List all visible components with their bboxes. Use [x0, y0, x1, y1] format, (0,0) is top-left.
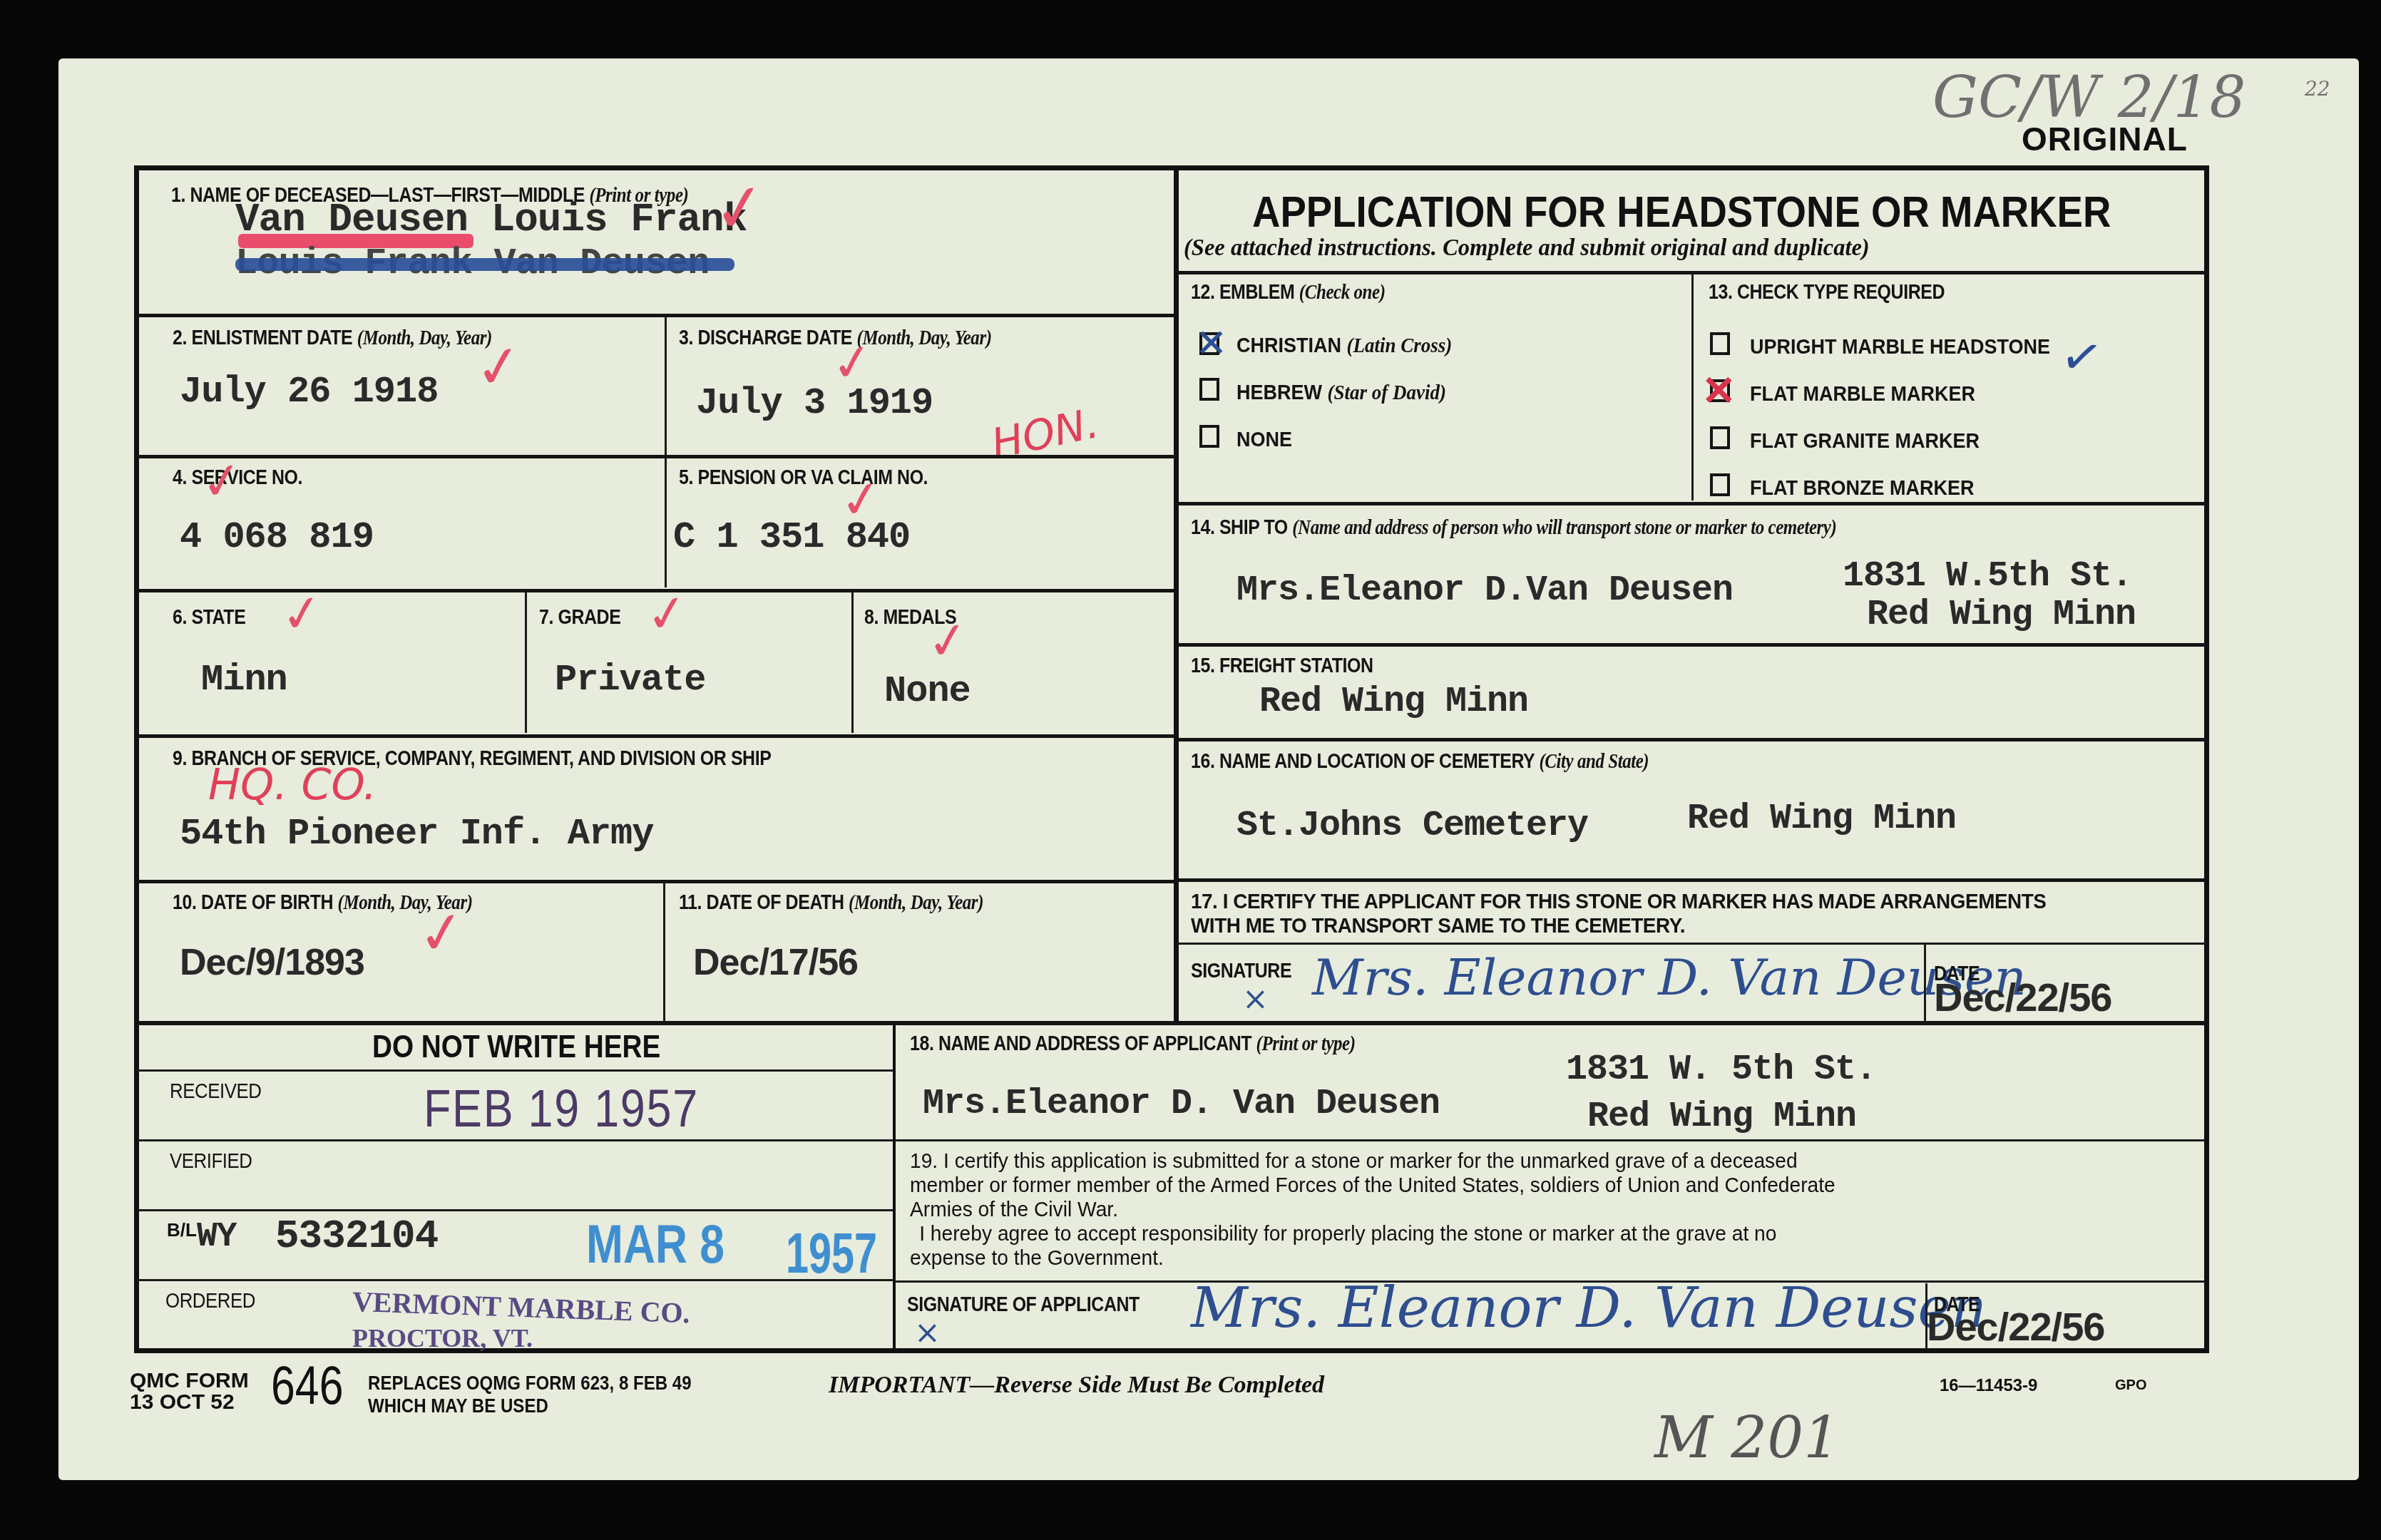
emblem-checkbox-hebrew[interactable] — [1199, 378, 1219, 401]
certify-transport-line2: WITH ME TO TRANSPORT SAME TO THE CEMETER… — [1191, 914, 1685, 938]
form-label: QMC FORM — [130, 1370, 249, 1392]
divider — [665, 317, 667, 587]
service-number-value: 4 068 819 — [180, 516, 374, 558]
bill-of-lading-stamp-year: 1957 — [786, 1221, 877, 1286]
cemetery-label: 16. NAME AND LOCATION OF CEMETERY — [1191, 750, 1535, 773]
divider — [1177, 502, 2207, 505]
checkmark-icon: ✓ — [828, 331, 877, 394]
type-option-flat-bronze: FLAT BRONZE MARKER — [1750, 476, 1974, 500]
ship-to-name: Mrs.Eleanor D.Van Deusen — [1236, 570, 1733, 611]
death-date-label: 11. DATE OF DEATH — [679, 891, 844, 914]
office-use-heading: DO NOT WRITE HERE — [372, 1030, 660, 1065]
applicant-signature-label: SIGNATURE OF APPLICANT — [907, 1293, 1140, 1317]
divider — [137, 734, 1175, 738]
state-label: 6. STATE — [173, 606, 245, 630]
checkmark-icon: ✓ — [923, 609, 973, 672]
divider — [893, 1024, 896, 1352]
divider — [1924, 944, 1926, 1021]
type-checkbox-flat-granite[interactable] — [1710, 426, 1730, 449]
type-option-flat-marble: FLAT MARBLE MARKER — [1750, 382, 1975, 406]
form-number: 646 — [271, 1359, 343, 1413]
divider — [896, 1139, 2205, 1141]
ordered-stamp-line2: PROCTOR, VT. — [352, 1323, 533, 1353]
certification-line: 19. I certify this application is submit… — [910, 1149, 1835, 1174]
birth-date-label: 10. DATE OF BIRTH — [173, 891, 333, 914]
type-label: 13. CHECK TYPE REQUIRED — [1709, 281, 1945, 304]
transporter-date: Dec/22/56 — [1934, 974, 2111, 1020]
bill-of-lading-number: 5332104 — [275, 1213, 438, 1259]
pencil-note-bottom: M 201 — [1654, 1405, 1840, 1471]
column-divider — [1174, 168, 1179, 1024]
divider — [663, 883, 665, 1022]
discharge-date-value: July 3 1919 — [696, 382, 933, 424]
applicant-label: 18. NAME AND ADDRESS OF APPLICANT — [910, 1032, 1251, 1055]
divider — [137, 1021, 2205, 1025]
divider — [137, 1139, 893, 1141]
checkmark-x-icon: ✕ — [1195, 321, 1227, 366]
divider — [1177, 643, 2207, 647]
ship-to-hint: (Name and address of person who will tra… — [1292, 516, 1836, 539]
received-stamp: FEB 19 1957 — [424, 1078, 699, 1139]
print-code: 16—11453-9 — [1940, 1376, 2037, 1396]
grade-label: 7. GRADE — [539, 606, 620, 630]
freight-station-value: Red Wing Minn — [1259, 682, 1528, 722]
checkmark-x-icon: ✕ — [1701, 366, 1736, 415]
received-label: RECEIVED — [170, 1079, 261, 1104]
applicant-address-2: Red Wing Minn — [1587, 1097, 1856, 1137]
page-subtitle: (See attached instructions. Complete and… — [1184, 235, 1870, 262]
freight-station-label: 15. FREIGHT STATION — [1191, 654, 1373, 678]
emblem-option-hebrew: HEBREW (Star of David) — [1236, 381, 1446, 405]
emblem-label-hint: (Check one) — [1299, 281, 1386, 304]
divider — [1177, 738, 2207, 741]
type-option-flat-granite: FLAT GRANITE MARKER — [1750, 429, 1980, 453]
type-option-upright-marble: UPRIGHT MARBLE HEADSTONE — [1750, 335, 2050, 359]
replaces-line: REPLACES OQMG FORM 623, 8 FEB 49 — [368, 1372, 692, 1395]
divider — [137, 1279, 893, 1281]
type-checkbox-upright-marble[interactable] — [1710, 332, 1730, 355]
checkmark-icon: ✓ — [836, 468, 886, 531]
divider — [525, 592, 527, 733]
certification-line: I hereby agree to accept responsibility … — [910, 1222, 1835, 1246]
signature-label: SIGNATURE — [1191, 960, 1291, 983]
printer-code: GPO — [2115, 1377, 2146, 1394]
bill-of-lading-code: WY — [197, 1218, 237, 1256]
emblem-label: 12. EMBLEM — [1191, 281, 1294, 304]
cemetery-location: Red Wing Minn — [1687, 799, 1956, 839]
bill-of-lading-stamp-date: MAR 8 — [586, 1213, 724, 1275]
emblem-option-none: NONE — [1236, 428, 1292, 452]
form-date: 13 OCT 52 — [130, 1392, 249, 1413]
form-id: QMC FORM 13 OCT 52 — [130, 1370, 249, 1413]
claim-number-label: 5. PENSION OR VA CLAIM NO. — [679, 466, 928, 490]
checkmark-icon: ✓ — [277, 582, 327, 645]
verified-label: VERIFIED — [170, 1149, 252, 1174]
transporter-signature[interactable]: Mrs. Eleanor D. Van Deusen — [1312, 948, 2027, 1007]
state-value: Minn — [201, 659, 287, 701]
checkmark-icon: ✓ — [471, 331, 527, 403]
certify-transport-line1: 17. I CERTIFY THE APPLICANT FOR THIS STO… — [1191, 890, 2046, 914]
hq-company-annotation: HQ. CO. — [208, 760, 377, 810]
enlistment-date-label: 2. ENLISTMENT DATE — [173, 327, 352, 349]
emblem-option-christian: CHRISTIAN (Latin Cross) — [1236, 334, 1452, 358]
type-checkbox-flat-bronze[interactable] — [1710, 473, 1730, 496]
divider — [1177, 878, 2207, 882]
divider — [1691, 272, 1694, 500]
signature-x-mark: × — [914, 1315, 941, 1351]
applicant-address-1: 1831 W. 5th St. — [1566, 1049, 1876, 1090]
pencil-note-corner: 22 — [2305, 77, 2330, 101]
replaces-line: WHICH MAY BE USED — [368, 1395, 692, 1417]
divider — [137, 1069, 893, 1072]
grade-value: Private — [555, 659, 705, 701]
signature-x-mark: × — [1242, 981, 1269, 1017]
page-title: APPLICATION FOR HEADSTONE OR MARKER — [1252, 187, 2111, 237]
emblem-checkbox-none[interactable] — [1199, 425, 1219, 448]
medals-value: None — [884, 670, 971, 712]
checkmark-icon: ✓ — [642, 582, 692, 645]
checkmark-icon: ✓ — [198, 449, 247, 513]
branch-value: 54th Pioneer Inf. Army — [180, 813, 654, 855]
ship-to-address-2: Red Wing Minn — [1867, 595, 2136, 635]
divider — [137, 880, 1175, 883]
certification-line: Armies of the Civil War. — [910, 1198, 1835, 1222]
bill-of-lading-prefix: B/L — [167, 1219, 197, 1241]
divider — [137, 455, 1175, 458]
applicant-name: Mrs.Eleanor D. Van Deusen — [923, 1084, 1440, 1124]
copy-label: ORIGINAL — [2022, 120, 2188, 158]
cemetery-hint: (City and State) — [1539, 750, 1649, 773]
enlistment-date-value: July 26 1918 — [180, 371, 438, 413]
important-notice: IMPORTANT—Reverse Side Must Be Completed — [829, 1372, 1324, 1399]
applicant-certification: 19. I certify this application is submit… — [910, 1149, 1835, 1270]
divider — [851, 592, 854, 733]
ordered-label: ORDERED — [165, 1289, 255, 1313]
checkmark-icon: ✓ — [708, 168, 772, 249]
blue-strikethrough — [235, 258, 734, 271]
discharge-date-label: 3. DISCHARGE DATE — [679, 327, 852, 349]
death-date-value: Dec/17/56 — [693, 941, 858, 984]
form-replaces-note: REPLACES OQMG FORM 623, 8 FEB 49 WHICH M… — [368, 1372, 692, 1417]
certification-line: expense to the Government. — [910, 1246, 1835, 1270]
ship-to-address-1: 1831 W.5th St. — [1843, 556, 2132, 597]
ship-to-label: 14. SHIP TO — [1191, 516, 1288, 539]
birth-date-value: Dec/9/1893 — [180, 941, 364, 984]
divider — [1177, 943, 2207, 945]
divider — [137, 1209, 893, 1211]
applicant-signature[interactable]: Mrs. Eleanor D. Van Deusen — [1191, 1276, 1987, 1340]
certification-line: member or former member of the Armed For… — [910, 1174, 1835, 1198]
applicant-date: Dec/22/56 — [1927, 1303, 2104, 1350]
checkmark-icon: ✓ — [414, 897, 470, 969]
divider — [137, 314, 1175, 317]
cemetery-name: St.Johns Cemetery — [1236, 806, 1588, 846]
